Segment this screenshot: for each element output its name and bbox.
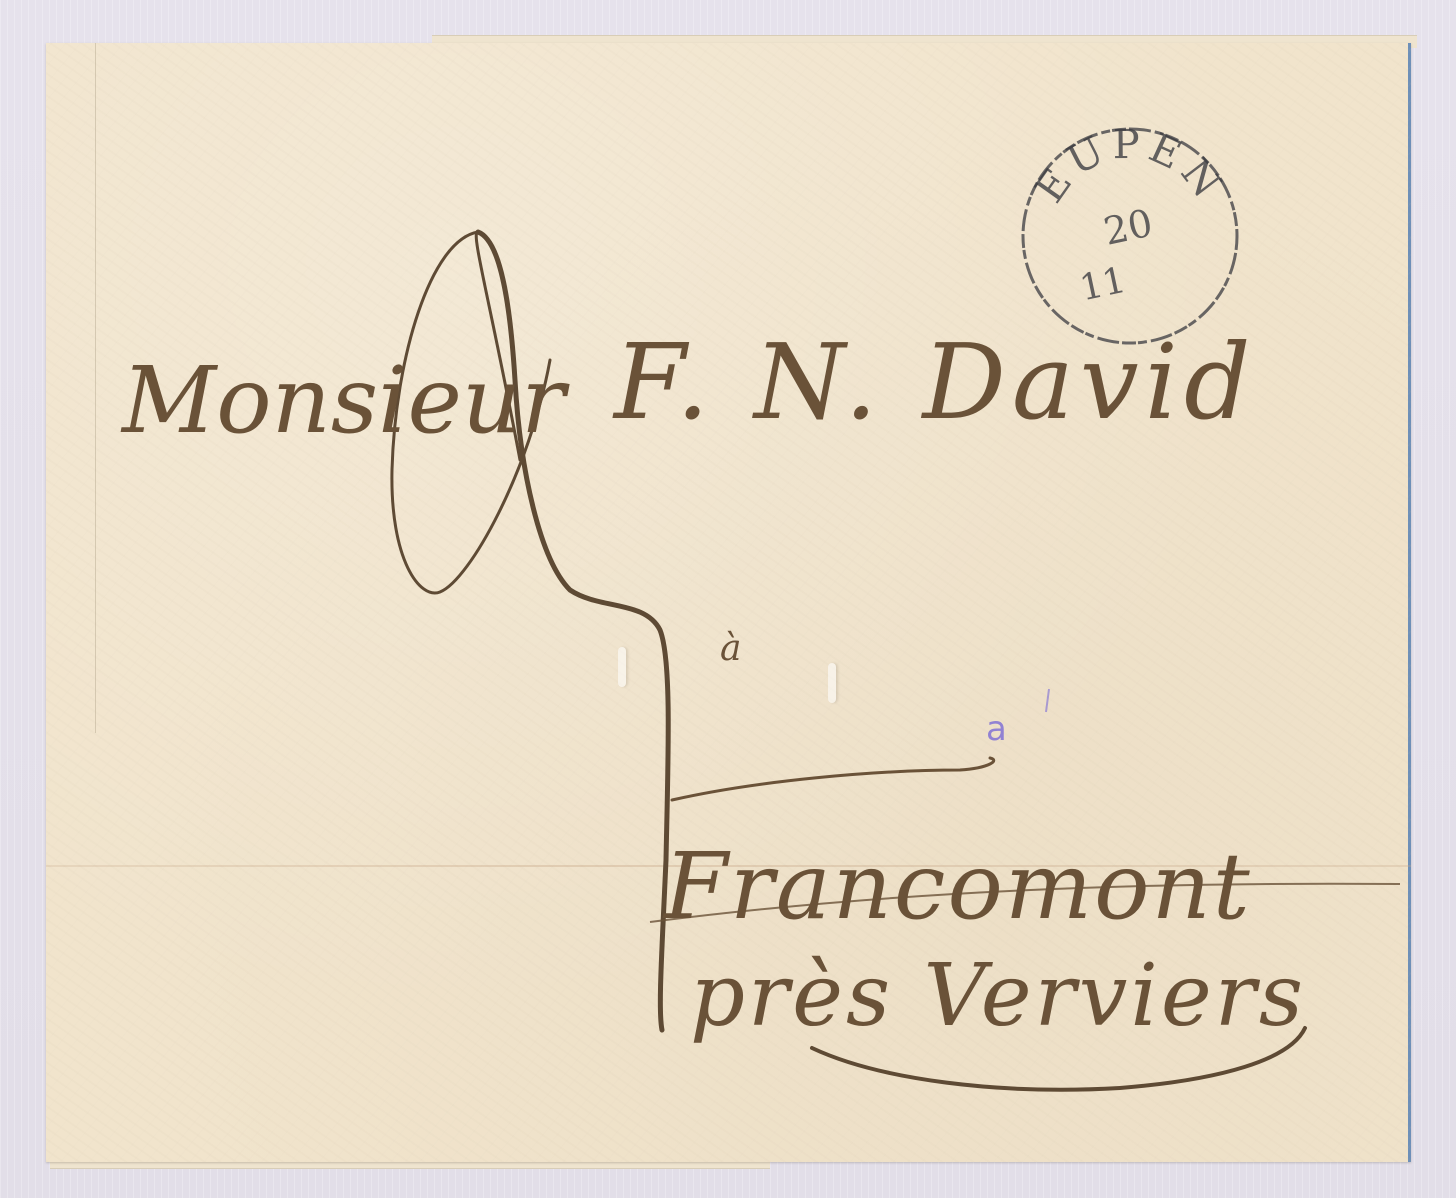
manuscript-rate-mark: 4 — [0, 0, 668, 1030]
address-locality: près Verviers — [690, 946, 1306, 1046]
address-salutation: Monsieur — [120, 347, 570, 454]
flourish-line — [672, 758, 994, 800]
pencil-note: a — [986, 709, 1007, 749]
postmark-month: 11 — [1076, 260, 1129, 310]
postmark-town: EUPEN — [1027, 122, 1233, 211]
svg-text:EUPEN: EUPEN — [1027, 122, 1233, 211]
eupen-postmark: EUPEN 20 11 — [1023, 122, 1237, 343]
address-recipient: F. N. David — [612, 321, 1257, 443]
pencil-mark — [1046, 689, 1049, 712]
ink-layer: EUPEN 20 11 4 Monsieur F. N. David à Fra… — [0, 0, 1456, 1198]
postmark-day: 20 — [1100, 201, 1156, 254]
address-preposition: à — [720, 628, 741, 669]
